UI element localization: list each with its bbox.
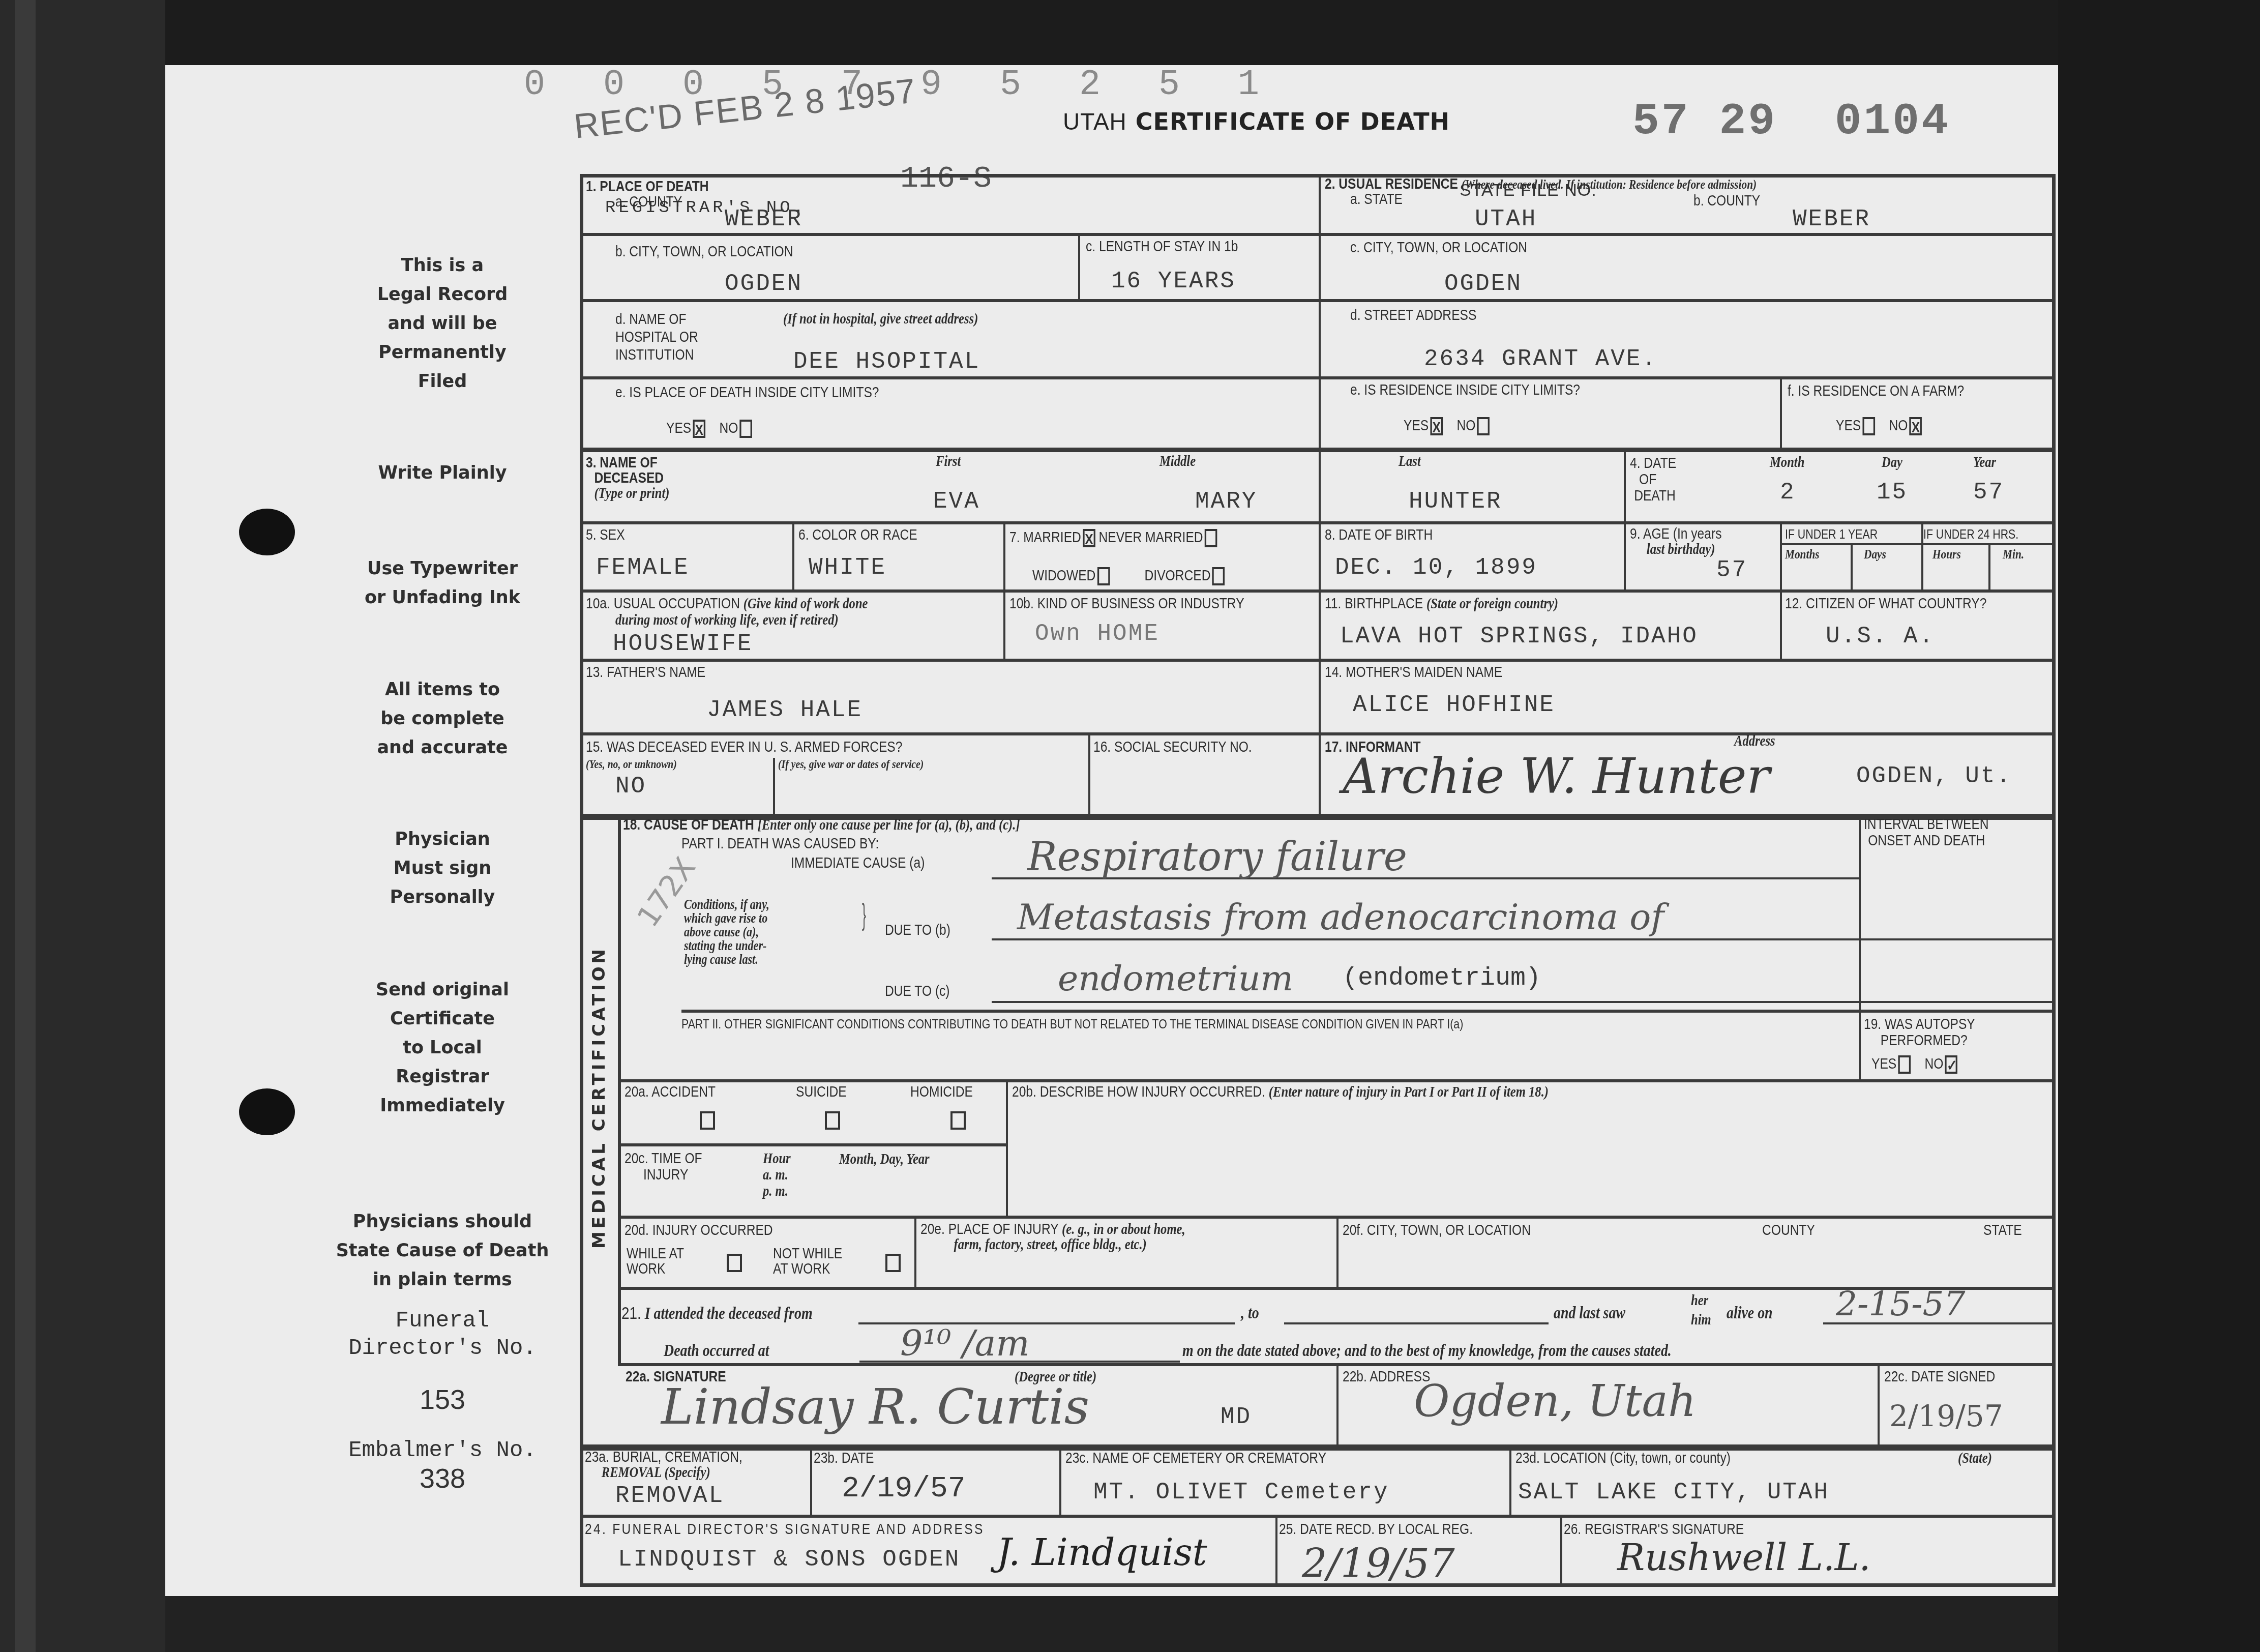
- divider: [1336, 1363, 1339, 1444]
- burial-location-field[interactable]: SALT LAKE CITY, UTAH: [1518, 1479, 1829, 1506]
- burial-date-field[interactable]: 2/19/57: [842, 1472, 966, 1506]
- instruction-physicians-should: Physicians should State Cause of Death i…: [305, 1207, 580, 1294]
- divider: [1078, 233, 1080, 299]
- due-to-b-field[interactable]: Metastasis from adenocarcinoma of: [1017, 896, 1664, 938]
- disposition-field[interactable]: REMOVAL: [615, 1483, 724, 1509]
- burial-location-label: 23d. LOCATION (City, town, or county): [1515, 1450, 1731, 1467]
- death-day-field[interactable]: 15: [1877, 479, 1908, 506]
- interval-label: INTERVAL BETWEEN ONSET AND DEATH: [1864, 816, 1989, 849]
- divider: [1059, 1444, 1061, 1516]
- year-label: Year: [1973, 454, 1996, 471]
- due-to-c-field[interactable]: endometrium: [1058, 959, 1293, 999]
- divider: [914, 1216, 916, 1287]
- length-of-stay-label: c. LENGTH OF STAY IN 1b: [1086, 238, 1238, 255]
- dob-field[interactable]: DEC. 10, 1899: [1335, 554, 1537, 581]
- funeral-director-signature[interactable]: J. Lindquist: [997, 1531, 1207, 1574]
- divider: [1780, 376, 1782, 448]
- instruction-physician-sign: Physician Must sign Personally: [305, 825, 580, 912]
- registrar-signature-label: 26. REGISTRAR'S SIGNATURE: [1564, 1521, 1744, 1538]
- informant-signature[interactable]: Archie W. Hunter: [1343, 748, 1770, 805]
- not-while-at-work-checkbox[interactable]: [885, 1254, 901, 1272]
- cause-of-death-label: 18. CAUSE OF DEATH [Enter only one cause…: [623, 816, 1020, 834]
- autopsy-yes-checkbox[interactable]: [1898, 1055, 1911, 1074]
- divider: [1336, 1216, 1339, 1287]
- never-married-checkbox[interactable]: [1205, 529, 1217, 547]
- injury-city-label: 20f. CITY, TOWN, OR LOCATION: [1343, 1222, 1531, 1239]
- divider: [580, 659, 2056, 662]
- death-occurred-suffix: m on the date stated above; and to the b…: [1182, 1341, 1672, 1361]
- under-1-year-label: IF UNDER 1 YEAR: [1785, 526, 1878, 542]
- funeral-director-number-label: Funeral Director's No.: [305, 1307, 580, 1362]
- bracket: }: [862, 897, 866, 932]
- divider: [1859, 814, 1861, 1079]
- burial-date-label: 23b. DATE: [814, 1450, 874, 1467]
- attended-statement: 21. I attended the deceased from: [621, 1304, 813, 1323]
- divider: [1988, 543, 1990, 589]
- attended-to-field[interactable]: [1284, 1322, 1549, 1324]
- dob-label: 8. DATE OF BIRTH: [1325, 526, 1433, 544]
- scan-border-bottom: [165, 1596, 2058, 1652]
- conditions-note: Conditions, if any, which gave rise to a…: [684, 898, 769, 966]
- autopsy-label: 19. WAS AUTOPSY PERFORMED?: [1864, 1016, 1975, 1049]
- under-24-hrs-label: IF UNDER 24 HRS.: [1923, 526, 2018, 542]
- injury-description-field[interactable]: [1012, 1106, 2049, 1211]
- residence-inside-city-options: YESX NO: [1404, 417, 1490, 435]
- first-name-field[interactable]: EVA: [933, 488, 980, 515]
- certificate-title: UTAH CERTIFICATE OF DEATH: [1063, 108, 1450, 135]
- length-of-stay-field[interactable]: 16 YEARS: [1111, 268, 1236, 294]
- ssn-label: 16. SOCIAL SECURITY NO.: [1093, 739, 1252, 756]
- min-label: Min.: [2003, 547, 2024, 562]
- funeral-director-label: 24. FUNERAL DIRECTOR'S SIGNATURE AND ADD…: [585, 1521, 985, 1538]
- marital-status: 7. MARRIEDX NEVER MARRIED: [1009, 529, 1217, 547]
- last-name-field[interactable]: HUNTER: [1409, 488, 1502, 515]
- divider: [681, 1010, 2055, 1013]
- father-name-label: 13. FATHER'S NAME: [586, 664, 705, 681]
- homicide-label: HOMICIDE: [910, 1083, 973, 1101]
- business-label: 10b. KIND OF BUSINESS OR INDUSTRY: [1009, 595, 1244, 612]
- armed-forces-note-a: (Yes, no, or unknown): [586, 758, 677, 772]
- age-label: 9. AGE (In years last birthday): [1630, 526, 1721, 557]
- cemetery-label: 23c. NAME OF CEMETERY OR CREMATORY: [1065, 1450, 1326, 1467]
- race-field[interactable]: WHITE: [809, 554, 886, 581]
- divider: [1509, 1444, 1511, 1516]
- residence-farm-no-checkbox[interactable]: X: [1910, 417, 1922, 435]
- citizen-field[interactable]: U.S. A.: [1826, 623, 1935, 650]
- residence-inside-city-yes-checkbox[interactable]: X: [1431, 417, 1443, 435]
- residence-city-label: c. CITY, TOWN, OR LOCATION: [1350, 239, 1527, 256]
- attended-to-label: , to: [1241, 1304, 1259, 1323]
- accident-label: 20a. ACCIDENT: [625, 1083, 716, 1101]
- alive-on-field[interactable]: 2-15-57: [1836, 1284, 1966, 1323]
- time-of-injury-label: 20c. TIME OF INJURY: [625, 1150, 702, 1183]
- occupation-note: during most of working life, even if ret…: [615, 611, 839, 629]
- sex-label: 5. SEX: [586, 526, 625, 544]
- occupation-field[interactable]: HOUSEWIFE: [613, 631, 753, 657]
- instruction-typewriter: Use Typewriter or Unfading Ink: [305, 554, 580, 612]
- punch-hole-top: [239, 509, 295, 555]
- place-of-death-label: 1. PLACE OF DEATH: [586, 178, 708, 195]
- her-him-label: her him: [1691, 1291, 1711, 1330]
- immediate-cause-label: IMMEDIATE CAUSE (a): [791, 854, 925, 872]
- not-while-at-work-label: NOT WHILE AT WORK: [773, 1246, 842, 1277]
- divider: [1624, 448, 1626, 523]
- state-file-no: 57 29 0104: [1632, 97, 1950, 147]
- divider: [580, 521, 2056, 524]
- residence-county-label: b. COUNTY: [1693, 192, 1760, 210]
- part2-label: PART II. OTHER SIGNIFICANT CONDITIONS CO…: [681, 1016, 1463, 1032]
- street-address-field[interactable]: 2634 GRANT AVE.: [1424, 346, 1657, 372]
- divider: [618, 1079, 2056, 1082]
- alive-on-label: alive on: [1727, 1304, 1773, 1323]
- residence-state-field[interactable]: UTAH: [1475, 206, 1537, 232]
- street-address-label: d. STREET ADDRESS: [1350, 307, 1476, 324]
- death-inside-city-no-checkbox[interactable]: [740, 420, 753, 438]
- divider: [1088, 732, 1090, 816]
- date-recd-label: 25. DATE RECD. BY LOCAL REG.: [1279, 1521, 1473, 1538]
- physician-signature[interactable]: Lindsay R. Curtis: [661, 1378, 1089, 1435]
- mother-name-field[interactable]: ALICE HOFHINE: [1353, 692, 1555, 718]
- divider: [1878, 1363, 1880, 1444]
- business-field[interactable]: Own HOME: [1035, 621, 1159, 647]
- residence-city-field[interactable]: OGDEN: [1444, 271, 1522, 297]
- date-signed-field[interactable]: 2/19/57: [1889, 1399, 2003, 1433]
- medical-certification-side-label: MEDICAL CERTIFICATION: [589, 946, 609, 1249]
- divider: [792, 521, 794, 589]
- birthplace-field[interactable]: LAVA HOT SPRINGS, IDAHO: [1340, 623, 1698, 650]
- death-year-field[interactable]: 57: [1973, 479, 2004, 506]
- scan-border-right: [2058, 0, 2260, 1652]
- death-county-field[interactable]: WEBER: [725, 206, 802, 232]
- month-label: Month: [1770, 454, 1804, 471]
- burial-state-label: (State): [1958, 1450, 1992, 1467]
- death-inside-city-label: e. IS PLACE OF DEATH INSIDE CITY LIMITS?: [615, 384, 879, 401]
- homicide-checkbox[interactable]: [950, 1111, 966, 1130]
- marital-status-row2: WIDOWED DIVORCED: [1032, 567, 1225, 585]
- residence-farm-options: YES NOX: [1836, 417, 1922, 435]
- citizen-label: 12. CITIZEN OF WHAT COUNTRY?: [1785, 595, 1986, 612]
- informant-address-label: Address: [1734, 732, 1775, 750]
- last-saw-label: and last saw: [1554, 1304, 1625, 1323]
- instruction-complete: All items to be complete and accurate: [305, 675, 580, 762]
- death-city-label: b. CITY, TOWN, OR LOCATION: [615, 243, 793, 260]
- days-label: Days: [1864, 547, 1886, 562]
- middle-name-label: Middle: [1159, 453, 1196, 470]
- immediate-cause-field[interactable]: Respiratory failure: [1027, 834, 1407, 880]
- informant-address-field[interactable]: OGDEN, Ut.: [1856, 763, 2012, 789]
- scan-strip: [15, 0, 36, 1652]
- injury-description-label: 20b. DESCRIBE HOW INJURY OCCURRED. (Ente…: [1012, 1083, 1549, 1101]
- cemetery-field[interactable]: MT. OLIVET Cemetery: [1093, 1479, 1389, 1506]
- accident-checkbox[interactable]: [700, 1111, 715, 1130]
- instruction-write-plainly: Write Plainly: [305, 459, 580, 488]
- divider: [618, 814, 621, 1363]
- embalmer-number-label: Embalmer's No.: [305, 1437, 580, 1464]
- residence-farm-yes-checkbox[interactable]: [1863, 417, 1876, 435]
- divider: [580, 732, 2056, 735]
- death-month-field[interactable]: 2: [1780, 479, 1796, 506]
- month-day-year-label: Month, Day, Year: [839, 1150, 930, 1168]
- armed-forces-note-b: (If yes, give war or dates of service): [778, 758, 924, 772]
- divider: [1780, 543, 2056, 545]
- address-field[interactable]: Ogden, Utah: [1414, 1376, 1696, 1427]
- registrar-signature[interactable]: Rushwell L.L.: [1617, 1536, 1870, 1579]
- due-to-c-label: DUE TO (c): [885, 983, 950, 1000]
- death-inside-city-yes-checkbox[interactable]: X: [693, 420, 706, 438]
- hospital-label: d. NAME OF HOSPITAL OR INSTITUTION: [615, 310, 698, 364]
- residence-inside-city-no-checkbox[interactable]: [1477, 417, 1490, 435]
- embalmer-number: 338: [305, 1465, 580, 1492]
- date-signed-label: 22c. DATE SIGNED: [1884, 1368, 1995, 1385]
- months-label: Months: [1785, 547, 1820, 562]
- divider: [580, 233, 2056, 236]
- injury-occurred-label: 20d. INJURY OCCURRED: [625, 1222, 773, 1239]
- day-label: Day: [1882, 454, 1902, 471]
- divider: [1275, 1515, 1277, 1586]
- divider: [1624, 521, 1626, 589]
- hospital-note: (If not in hospital, give street address…: [783, 310, 978, 328]
- divider: [618, 1143, 1007, 1146]
- disposition-label: 23a. BURIAL, CREMATION, REMOVAL (Specify…: [585, 1450, 742, 1480]
- scan-border-left: [0, 0, 165, 1652]
- first-name-label: First: [936, 453, 961, 470]
- divider: [580, 376, 2056, 379]
- date-of-death-label: 4. DATE OF DEATH: [1630, 455, 1676, 504]
- divider: [580, 448, 2056, 452]
- injury-state-label: STATE: [1983, 1222, 2022, 1239]
- divider: [1319, 174, 1321, 739]
- father-name-field[interactable]: JAMES HALE: [707, 697, 863, 723]
- last-name-label: Last: [1399, 453, 1421, 470]
- armed-forces-field[interactable]: NO: [615, 773, 646, 800]
- residence-state-label: a. STATE: [1350, 191, 1403, 208]
- funeral-director-field[interactable]: LINDQUIST & SONS OGDEN: [618, 1546, 960, 1573]
- birthplace-label: 11. BIRTHPLACE (State or foreign country…: [1325, 595, 1558, 612]
- punch-hole-bottom: [239, 1088, 295, 1135]
- divider: [580, 299, 2056, 302]
- degree-field[interactable]: MD: [1221, 1404, 1252, 1430]
- divider: [1560, 1515, 1562, 1586]
- death-city-field[interactable]: OGDEN: [725, 271, 802, 297]
- divider: [810, 1444, 812, 1516]
- instruction-legal-record: This is a Legal Record and will be Perma…: [305, 251, 580, 396]
- middle-name-field[interactable]: MARY: [1195, 488, 1257, 515]
- divider: [580, 589, 2056, 593]
- date-recd-field[interactable]: 2/19/57: [1302, 1541, 1455, 1587]
- death-county-label: a. COUNTY: [615, 193, 682, 211]
- widowed-checkbox[interactable]: [1097, 567, 1110, 585]
- suicide-label: SUICIDE: [796, 1083, 847, 1101]
- age-field[interactable]: 57: [1716, 557, 1747, 583]
- death-inside-city-options: YESX NO: [666, 420, 752, 438]
- hospital-field[interactable]: DEE HSOPITAL: [793, 348, 980, 375]
- autopsy-options: YES NO✓: [1871, 1055, 1957, 1074]
- occupation-label: 10a. USUAL OCCUPATION (Give kind of work…: [586, 595, 868, 612]
- due-to-c-typed: (endometrium): [1343, 964, 1541, 993]
- married-checkbox[interactable]: X: [1083, 529, 1095, 547]
- residence-inside-city-label: e. IS RESIDENCE INSIDE CITY LIMITS?: [1350, 381, 1580, 399]
- line-cause-c: [992, 1001, 2055, 1003]
- divider: [1006, 1079, 1008, 1216]
- mother-name-label: 14. MOTHER'S MAIDEN NAME: [1325, 664, 1502, 681]
- hour-ampm-label: Hour a. m. p. m.: [763, 1150, 791, 1199]
- autopsy-no-checkbox[interactable]: ✓: [1945, 1055, 1958, 1074]
- armed-forces-label: 15. WAS DECEASED EVER IN U. S. ARMED FOR…: [586, 739, 902, 756]
- divider: [1319, 732, 1321, 816]
- due-to-b-label: DUE TO (b): [885, 922, 950, 939]
- sex-field[interactable]: FEMALE: [596, 554, 690, 581]
- part1-label: PART I. DEATH WAS CAUSED BY:: [681, 835, 879, 852]
- line-cause-b: [992, 938, 2055, 940]
- hours-label: Hours: [1932, 547, 1961, 562]
- divorced-checkbox[interactable]: [1212, 567, 1225, 585]
- race-label: 6. COLOR OR RACE: [798, 526, 917, 544]
- death-time-field[interactable]: 9¹⁰ /am: [900, 1322, 1030, 1364]
- while-at-work-label: WHILE AT WORK: [627, 1246, 684, 1277]
- funeral-director-number: 153: [305, 1386, 580, 1413]
- deceased-name-label: 3. NAME OF DECEASED (Type or print): [586, 455, 669, 501]
- suicide-checkbox[interactable]: [825, 1111, 840, 1130]
- divider: [1851, 543, 1853, 589]
- death-occurred-label: Death occurred at: [664, 1341, 769, 1361]
- residence-farm-label: f. IS RESIDENCE ON A FARM?: [1788, 382, 1964, 400]
- divider: [580, 1515, 2056, 1518]
- residence-county-field[interactable]: WEBER: [1793, 206, 1870, 232]
- usual-residence-label: 2. USUAL RESIDENCE (Where deceased lived…: [1325, 175, 1757, 193]
- injury-county-label: COUNTY: [1762, 1222, 1815, 1239]
- while-at-work-checkbox[interactable]: [727, 1254, 742, 1272]
- divider: [773, 758, 775, 816]
- instruction-send-original: Send original Certificate to Local Regis…: [305, 976, 580, 1120]
- place-of-injury-label: 20e. PLACE OF INJURY (e. g., in or about…: [920, 1222, 1185, 1252]
